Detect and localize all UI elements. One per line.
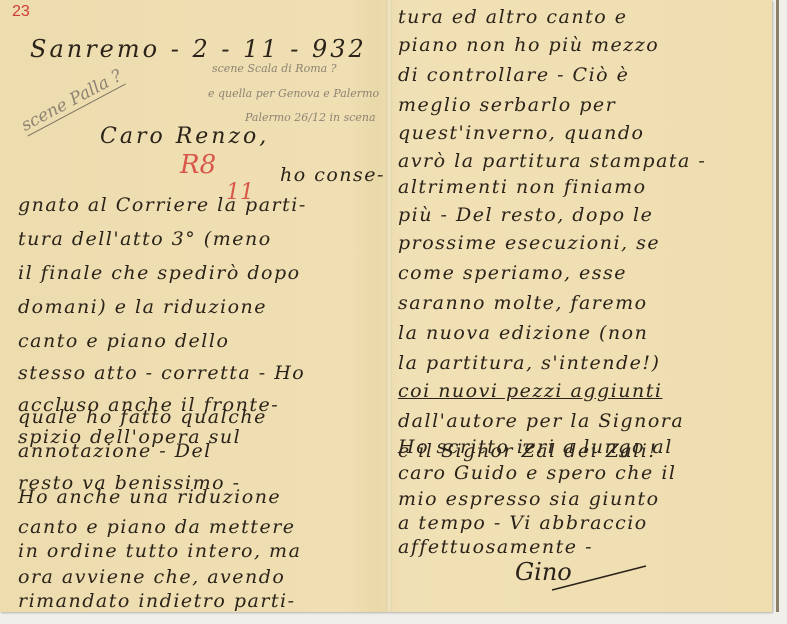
letter-line: annotazione - Del (18, 440, 212, 462)
letter-line: stesso atto - corretta - Ho (18, 362, 305, 384)
archive-number: 23 (12, 3, 30, 21)
letter-line: Ho anche una riduzione (18, 486, 281, 508)
salutation: Caro Renzo, (100, 124, 269, 149)
letter-line: domani) e la riduzione (18, 296, 267, 318)
letter-line: mio espresso sia giunto (398, 488, 660, 510)
letter-line: ora avviene che, avendo (18, 566, 285, 588)
letter-line: la nuova edizione (non (398, 322, 648, 344)
letter-line: gnato al Corriere la parti- (18, 194, 307, 216)
place-date: Sanremo - 2 - 11 - 932 (30, 35, 367, 63)
letter-line: come speriamo, esse (398, 262, 627, 284)
letter-line: coi nuovi pezzi aggiunti (398, 380, 662, 402)
pencil-note-3: Palermo 26/12 in scena (245, 111, 376, 124)
letter-line: rimandato indietro parti- (18, 590, 296, 612)
letter-line: in ordine tutto intero, ma (18, 540, 301, 562)
letter-line: canto e piano da mettere (18, 516, 296, 538)
letter-line: ho conse- (280, 164, 385, 186)
letter-line: tura dell'atto 3° (meno (18, 228, 272, 250)
letter-line: tura ed altro canto e (398, 6, 627, 28)
letter-sheet: 23 Sanremo - 2 - 11 - 932 scene Palla ? … (0, 0, 772, 612)
letter-line: la partitura, s'intende!) (398, 352, 660, 374)
letter-line: Ho scritto ieri a lungo al (398, 436, 673, 458)
page-fold (386, 0, 392, 612)
letter-line: di controllare - Ciò è (398, 64, 629, 86)
letter-line: quest'inverno, quando (398, 122, 644, 144)
letter-line: canto e piano dello (18, 330, 229, 352)
letter-line: prossime esecuzioni, se (398, 232, 660, 254)
letter-line: meglio serbarlo per (398, 94, 616, 116)
letter-line: più - Del resto, dopo le (398, 204, 653, 226)
letter-line: il finale che spedirò dopo (18, 262, 301, 284)
pencil-note-2: e quella per Genova e Palermo (208, 87, 379, 100)
signature-flourish (550, 560, 650, 594)
letter-line: dall'autore per la Signora (398, 410, 684, 432)
letter-line: avrò la partitura stampata - (398, 150, 706, 172)
letter-line: affettuosamente - (398, 536, 593, 558)
pencil-note-1: scene Scala di Roma ? (212, 62, 337, 75)
letter-line: quale ho fatto qualche (18, 406, 267, 428)
letter-line: piano non ho più mezzo (398, 34, 659, 56)
letter-line: altrimenti non finiamo (398, 176, 647, 198)
page-edge (776, 0, 779, 612)
red-mark: R8 (180, 150, 216, 180)
letter-line: a tempo - Vi abbraccio (398, 512, 648, 534)
letter-line: saranno molte, faremo (398, 292, 648, 314)
letter-line: caro Guido e spero che il (398, 462, 676, 484)
